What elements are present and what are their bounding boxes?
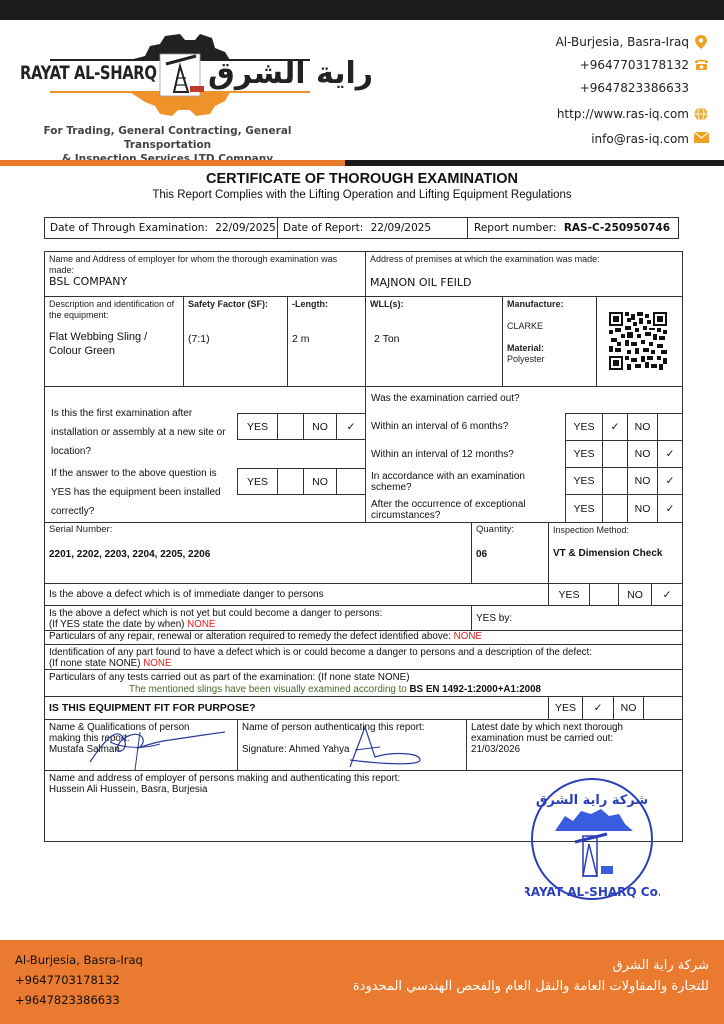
authenticator-signature (320, 722, 430, 772)
identification-value: NONE (143, 658, 171, 669)
immediate-danger-no-label: NO (618, 583, 652, 606)
header-band-orange (0, 160, 345, 166)
report-number-label: Report number: (474, 222, 556, 234)
immediate-danger-text: Is the above a defect which is of immedi… (49, 589, 544, 600)
logo-text-en: RAYAT AL-SHARQ (20, 62, 157, 84)
yes-by-label: YES by: (476, 613, 678, 624)
repair-text: Particulars of any repair, renewal or al… (49, 631, 451, 642)
yes-by-cell[interactable]: YES by: (471, 605, 683, 631)
serial-value: 2201, 2202, 2203, 2204, 2205, 2206 (49, 549, 467, 560)
safety-factor-label: Safety Factor (SF): (188, 299, 283, 310)
inspection-method-value: VT & Dimension Check (553, 548, 678, 559)
exam-carried-out-heading: Was the examination carried out? (371, 393, 520, 404)
wll-label: WLL(s): (370, 299, 498, 310)
future-danger-row: Is the above a defect which is not yet b… (44, 605, 472, 631)
exam-date-value: 22/09/2025 (215, 222, 276, 234)
report-number-value: RAS-C-250950746 (564, 222, 670, 234)
question-installed-correctly: If the answer to the above question is Y… (51, 464, 226, 521)
footer-phone-1[interactable]: +9647703178132 (15, 970, 143, 990)
next-exam-cell: Latest date by which next thorough exami… (466, 719, 683, 771)
company-logo: RAYAT AL-SHARQ راية الشرق (20, 26, 320, 118)
report-number: Report number: RAS-C-250950746 (474, 222, 670, 234)
length-value: 2 m (292, 334, 361, 345)
fit-no-checkbox[interactable] (643, 696, 683, 720)
stamp-text-en: RAYAT AL-SHARQ Co. (525, 885, 660, 899)
installed-no-label: NO (303, 468, 337, 495)
tagline-line-1: For Trading, General Contracting, Genera… (10, 124, 325, 152)
identification-text: Identification of any part found to have… (49, 647, 678, 658)
report-date-label: Date of Report: (283, 222, 363, 234)
qr-code-icon[interactable] (609, 312, 667, 370)
contact-email[interactable]: info@ras-iq.com (591, 131, 708, 147)
12-months-no-label: NO (627, 440, 658, 468)
exceptional-yes-label: YES (565, 494, 603, 523)
inspection-method-cell: Inspection Method: VT & Dimension Check (548, 522, 683, 584)
certificate-subtitle: This Report Complies with the Lifting Op… (0, 189, 724, 201)
employer-cell: Name and Address of employer for whom th… (44, 251, 366, 297)
envelope-icon (694, 132, 708, 146)
future-danger-line2: (If YES state the date by when) NONE (49, 619, 467, 630)
first-exam-no-checkbox[interactable]: ✓ (336, 413, 366, 440)
contact-website[interactable]: http://www.ras-iq.com (557, 106, 708, 122)
wll-cell: WLL(s): 2 Ton (365, 296, 503, 387)
12-months-no-checkbox[interactable]: ✓ (657, 440, 683, 468)
identification-row: Identification of any part found to have… (44, 644, 683, 670)
employer-value: BSL COMPANY (49, 276, 361, 287)
safety-factor-cell: Safety Factor (SF): (7:1) (183, 296, 288, 387)
contact-address: Al-Burjesia, Basra-Iraq (556, 34, 708, 50)
future-danger-hint: (If YES state the date by when) (49, 619, 184, 630)
report-date: Date of Report: 22/09/2025 (283, 222, 431, 234)
immediate-danger-no-checkbox[interactable]: ✓ (651, 583, 683, 606)
footer-arabic: شركة راية الشرق للتجارة والمقاولات العام… (353, 958, 709, 994)
qr-cell (596, 296, 683, 387)
installed-yes-checkbox[interactable] (277, 468, 304, 495)
6-months-yes-checkbox[interactable]: ✓ (602, 413, 628, 441)
inspection-method-label: Inspection Method: (553, 525, 678, 536)
6-months-yes-label: YES (565, 413, 603, 441)
footer-arabic-line-1: شركة راية الشرق (353, 958, 709, 973)
premises-cell: Address of premises at which the examina… (365, 251, 683, 297)
next-exam-value: 21/03/2026 (471, 744, 678, 755)
footer-phone-2[interactable]: +9647823386633 (15, 990, 143, 1010)
12-months-yes-label: YES (565, 440, 603, 468)
contact-email-text: info@ras-iq.com (591, 132, 689, 146)
quantity-cell: Quantity: 06 (471, 522, 549, 584)
globe-icon (694, 107, 708, 121)
material-value: Polyester (507, 354, 592, 365)
contact-phone-2[interactable]: +9647823386633 (580, 80, 689, 96)
tests-value: The mentioned slings have been visually … (49, 684, 678, 696)
fit-for-purpose-row: IS THIS EQUIPMENT FIT FOR PURPOSE? (44, 696, 549, 720)
footer-contacts: Al-Burjesia, Basra-Iraq +9647703178132 +… (15, 950, 143, 1010)
manufacture-cell: Manufacture: CLARKE Material: Polyester (502, 296, 597, 387)
installed-yes-label: YES (237, 468, 278, 495)
equipment-desc-value: Flat Webbing Sling / Colour Green (49, 330, 169, 358)
fit-yes-label: YES (548, 696, 583, 720)
first-exam-yes-checkbox[interactable] (277, 413, 304, 440)
certificate-title: CERTIFICATE OF THOROUGH EXAMINATION (0, 171, 724, 187)
safety-factor-value: (7:1) (188, 334, 283, 345)
identification-line2: (If none state NONE) NONE (49, 658, 678, 669)
manufacture-value: CLARKE (507, 321, 592, 332)
contact-phone-1-text: +9647703178132 (580, 58, 689, 72)
6-months-no-checkbox[interactable] (657, 413, 683, 441)
quantity-label: Quantity: (476, 525, 544, 536)
tests-row: Particulars of any tests carried out as … (44, 669, 683, 697)
manufacture-label: Manufacture: (507, 299, 592, 310)
length-cell: -Length: 2 m (287, 296, 366, 387)
exam-scheme-yes-checkbox[interactable] (602, 467, 628, 495)
report-date-value: 22/09/2025 (371, 222, 432, 234)
logo-text-ar: راية الشرق (208, 56, 373, 91)
exam-scheme-yes-label: YES (565, 467, 603, 495)
fit-for-purpose-text: IS THIS EQUIPMENT FIT FOR PURPOSE? (49, 703, 544, 714)
tests-standard: BS EN 1492-1:2000+A1:2008 (409, 684, 541, 695)
immediate-danger-yes-label: YES (548, 583, 590, 606)
exam-scheme-no-checkbox[interactable]: ✓ (657, 467, 683, 495)
footer-arabic-line-2: للتجارة والمقاولات العامة والنقل العام و… (353, 979, 709, 994)
6-months-no-label: NO (627, 413, 658, 441)
location-pin-icon (694, 35, 708, 49)
employer-label: Name and Address of employer for whom th… (49, 254, 361, 275)
question-exceptional: After the occurrence of exceptional circ… (371, 499, 551, 521)
tests-value-prefix: The mentioned slings have been visually … (129, 684, 407, 695)
first-exam-no-label: NO (303, 413, 337, 440)
exam-date: Date of Through Examination: 22/09/2025 (50, 222, 276, 234)
divider (277, 217, 278, 239)
header-band-black (345, 160, 724, 166)
12-months-yes-checkbox[interactable] (602, 440, 628, 468)
exam-scheme-no-label: NO (627, 467, 658, 495)
maker-signature (80, 722, 230, 772)
question-6-months: Within an interval of 6 months? (371, 421, 551, 432)
wll-value: 2 Ton (370, 334, 498, 345)
material-label: Material: (507, 343, 592, 354)
identification-hint: (If none state NONE) (49, 658, 140, 669)
exam-date-label: Date of Through Examination: (50, 222, 208, 234)
contact-phone-1[interactable]: +9647703178132 (580, 57, 708, 73)
equipment-desc-label: Description and identification of the eq… (49, 299, 179, 320)
contact-address-text: Al-Burjesia, Basra-Iraq (556, 35, 689, 49)
top-bar (0, 0, 724, 20)
telephone-icon (694, 58, 708, 72)
divider (467, 217, 468, 239)
footer: Al-Burjesia, Basra-Iraq +9647703178132 +… (0, 940, 724, 1024)
future-danger-text: Is the above a defect which is not yet b… (49, 608, 467, 619)
fit-no-label: NO (613, 696, 644, 720)
equipment-desc-cell: Description and identification of the eq… (44, 296, 184, 387)
repair-row: Particulars of any repair, renewal or al… (44, 630, 683, 645)
repair-value: NONE (454, 631, 482, 642)
question-12-months: Within an interval of 12 months? (371, 449, 551, 460)
exceptional-yes-checkbox[interactable] (602, 494, 628, 523)
fit-yes-checkbox[interactable]: ✓ (582, 696, 614, 720)
immediate-danger-row: Is the above a defect which is of immedi… (44, 583, 549, 606)
exceptional-no-label: NO (627, 494, 658, 523)
contact-website-text: http://www.ras-iq.com (557, 107, 689, 121)
premises-value: MAJNON OIL FEILD (370, 277, 678, 288)
serial-cell: Serial Number: 2201, 2202, 2203, 2204, 2… (44, 522, 472, 584)
stamp-text-ar: شركة راية الشرق (536, 793, 648, 808)
serial-label: Serial Number: (49, 525, 467, 536)
tests-text: Particulars of any tests carried out as … (49, 672, 678, 684)
future-danger-value: NONE (187, 619, 215, 630)
first-exam-yes-label: YES (237, 413, 278, 440)
premises-label: Address of premises at which the examina… (370, 254, 678, 265)
length-label: -Length: (292, 299, 361, 310)
next-exam-label: Latest date by which next thorough exami… (471, 722, 651, 744)
footer-address: Al-Burjesia, Basra-Iraq (15, 950, 143, 970)
question-first-exam: Is this the first examination after inst… (51, 404, 241, 461)
installed-no-checkbox[interactable] (336, 468, 366, 495)
immediate-danger-yes-checkbox[interactable] (589, 583, 619, 606)
quantity-value: 06 (476, 549, 544, 560)
question-exam-scheme: In accordance with an examination scheme… (371, 471, 551, 493)
company-stamp: شركة راية الشرق RAYAT AL-SHARQ Co. (525, 776, 660, 906)
contact-phone-2-text: +9647823386633 (580, 81, 689, 95)
exceptional-no-checkbox[interactable]: ✓ (657, 494, 683, 523)
